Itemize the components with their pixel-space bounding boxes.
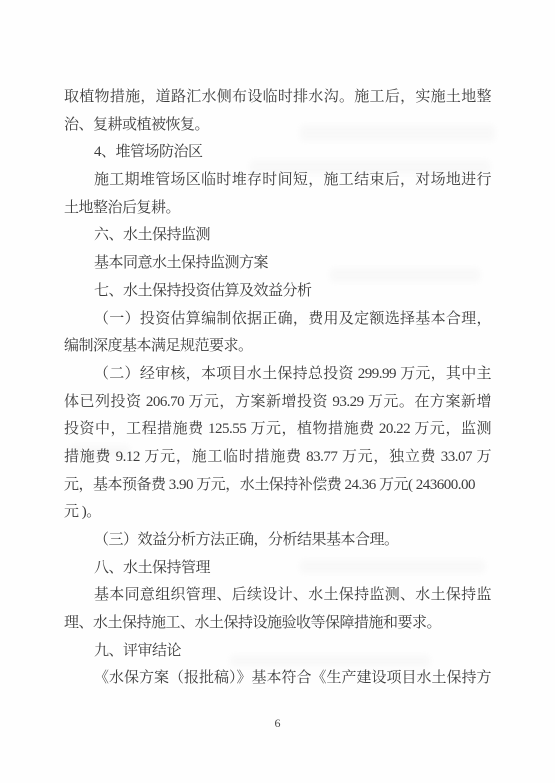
text-line: 编制深度基本满足规范要求。: [64, 333, 491, 361]
text-line: （三）效益分析方法正确，分析结果基本合理。: [64, 527, 491, 555]
document-body: 取植物措施，道路汇水侧布设临时排水沟。施工后，实施土地整治、复耕或植被恢复。4、…: [64, 84, 491, 693]
text-line: 基本同意水土保持监测方案: [64, 250, 491, 278]
text-line: 六、水土保持监测: [64, 222, 491, 250]
page-number: 6: [0, 716, 555, 731]
scanned-document-page: 取植物措施，道路汇水侧布设临时排水沟。施工后，实施土地整治、复耕或植被恢复。4、…: [0, 0, 555, 783]
text-line: 治、复耕或植被恢复。: [64, 112, 491, 140]
text-line: 元，基本预备费 3.90 万元，水土保持补偿费 24.36 万元( 243600…: [64, 472, 491, 500]
text-line: （一）投资估算编制依据正确，费用及定额选择基本合理，: [64, 306, 491, 334]
text-line: 措施费 9.12 万元，施工临时措施费 83.77 万元，独立费 33.07 万: [64, 444, 491, 472]
text-line: 土地整治后复耕。: [64, 195, 491, 223]
text-line: 4、堆管场防治区: [64, 139, 491, 167]
text-line: 元 )。: [64, 499, 491, 527]
text-line: 施工期堆管场区临时堆存时间短，施工结束后，对场地进行: [64, 167, 491, 195]
text-line: （二）经审核，本项目水土保持总投资 299.99 万元，其中主: [64, 361, 491, 389]
text-line: 理、水土保持施工、水土保持设施验收等保障措施和要求。: [64, 610, 491, 638]
text-line: 基本同意组织管理、后续设计、水土保持监测、水土保持监: [64, 582, 491, 610]
text-line: 九、评审结论: [64, 638, 491, 666]
text-line: 投资中，工程措施费 125.55 万元，植物措施费 20.22 万元，监测: [64, 416, 491, 444]
text-line: 体已列投资 206.70 万元，方案新增投资 93.29 万元。在方案新增: [64, 389, 491, 417]
text-line: 取植物措施，道路汇水侧布设临时排水沟。施工后，实施土地整: [64, 84, 491, 112]
text-line: 八、水土保持管理: [64, 555, 491, 583]
text-line: 七、水土保持投资估算及效益分析: [64, 278, 491, 306]
text-line: 《水保方案（报批稿）》基本符合《生产建设项目水土保持方: [64, 665, 491, 693]
